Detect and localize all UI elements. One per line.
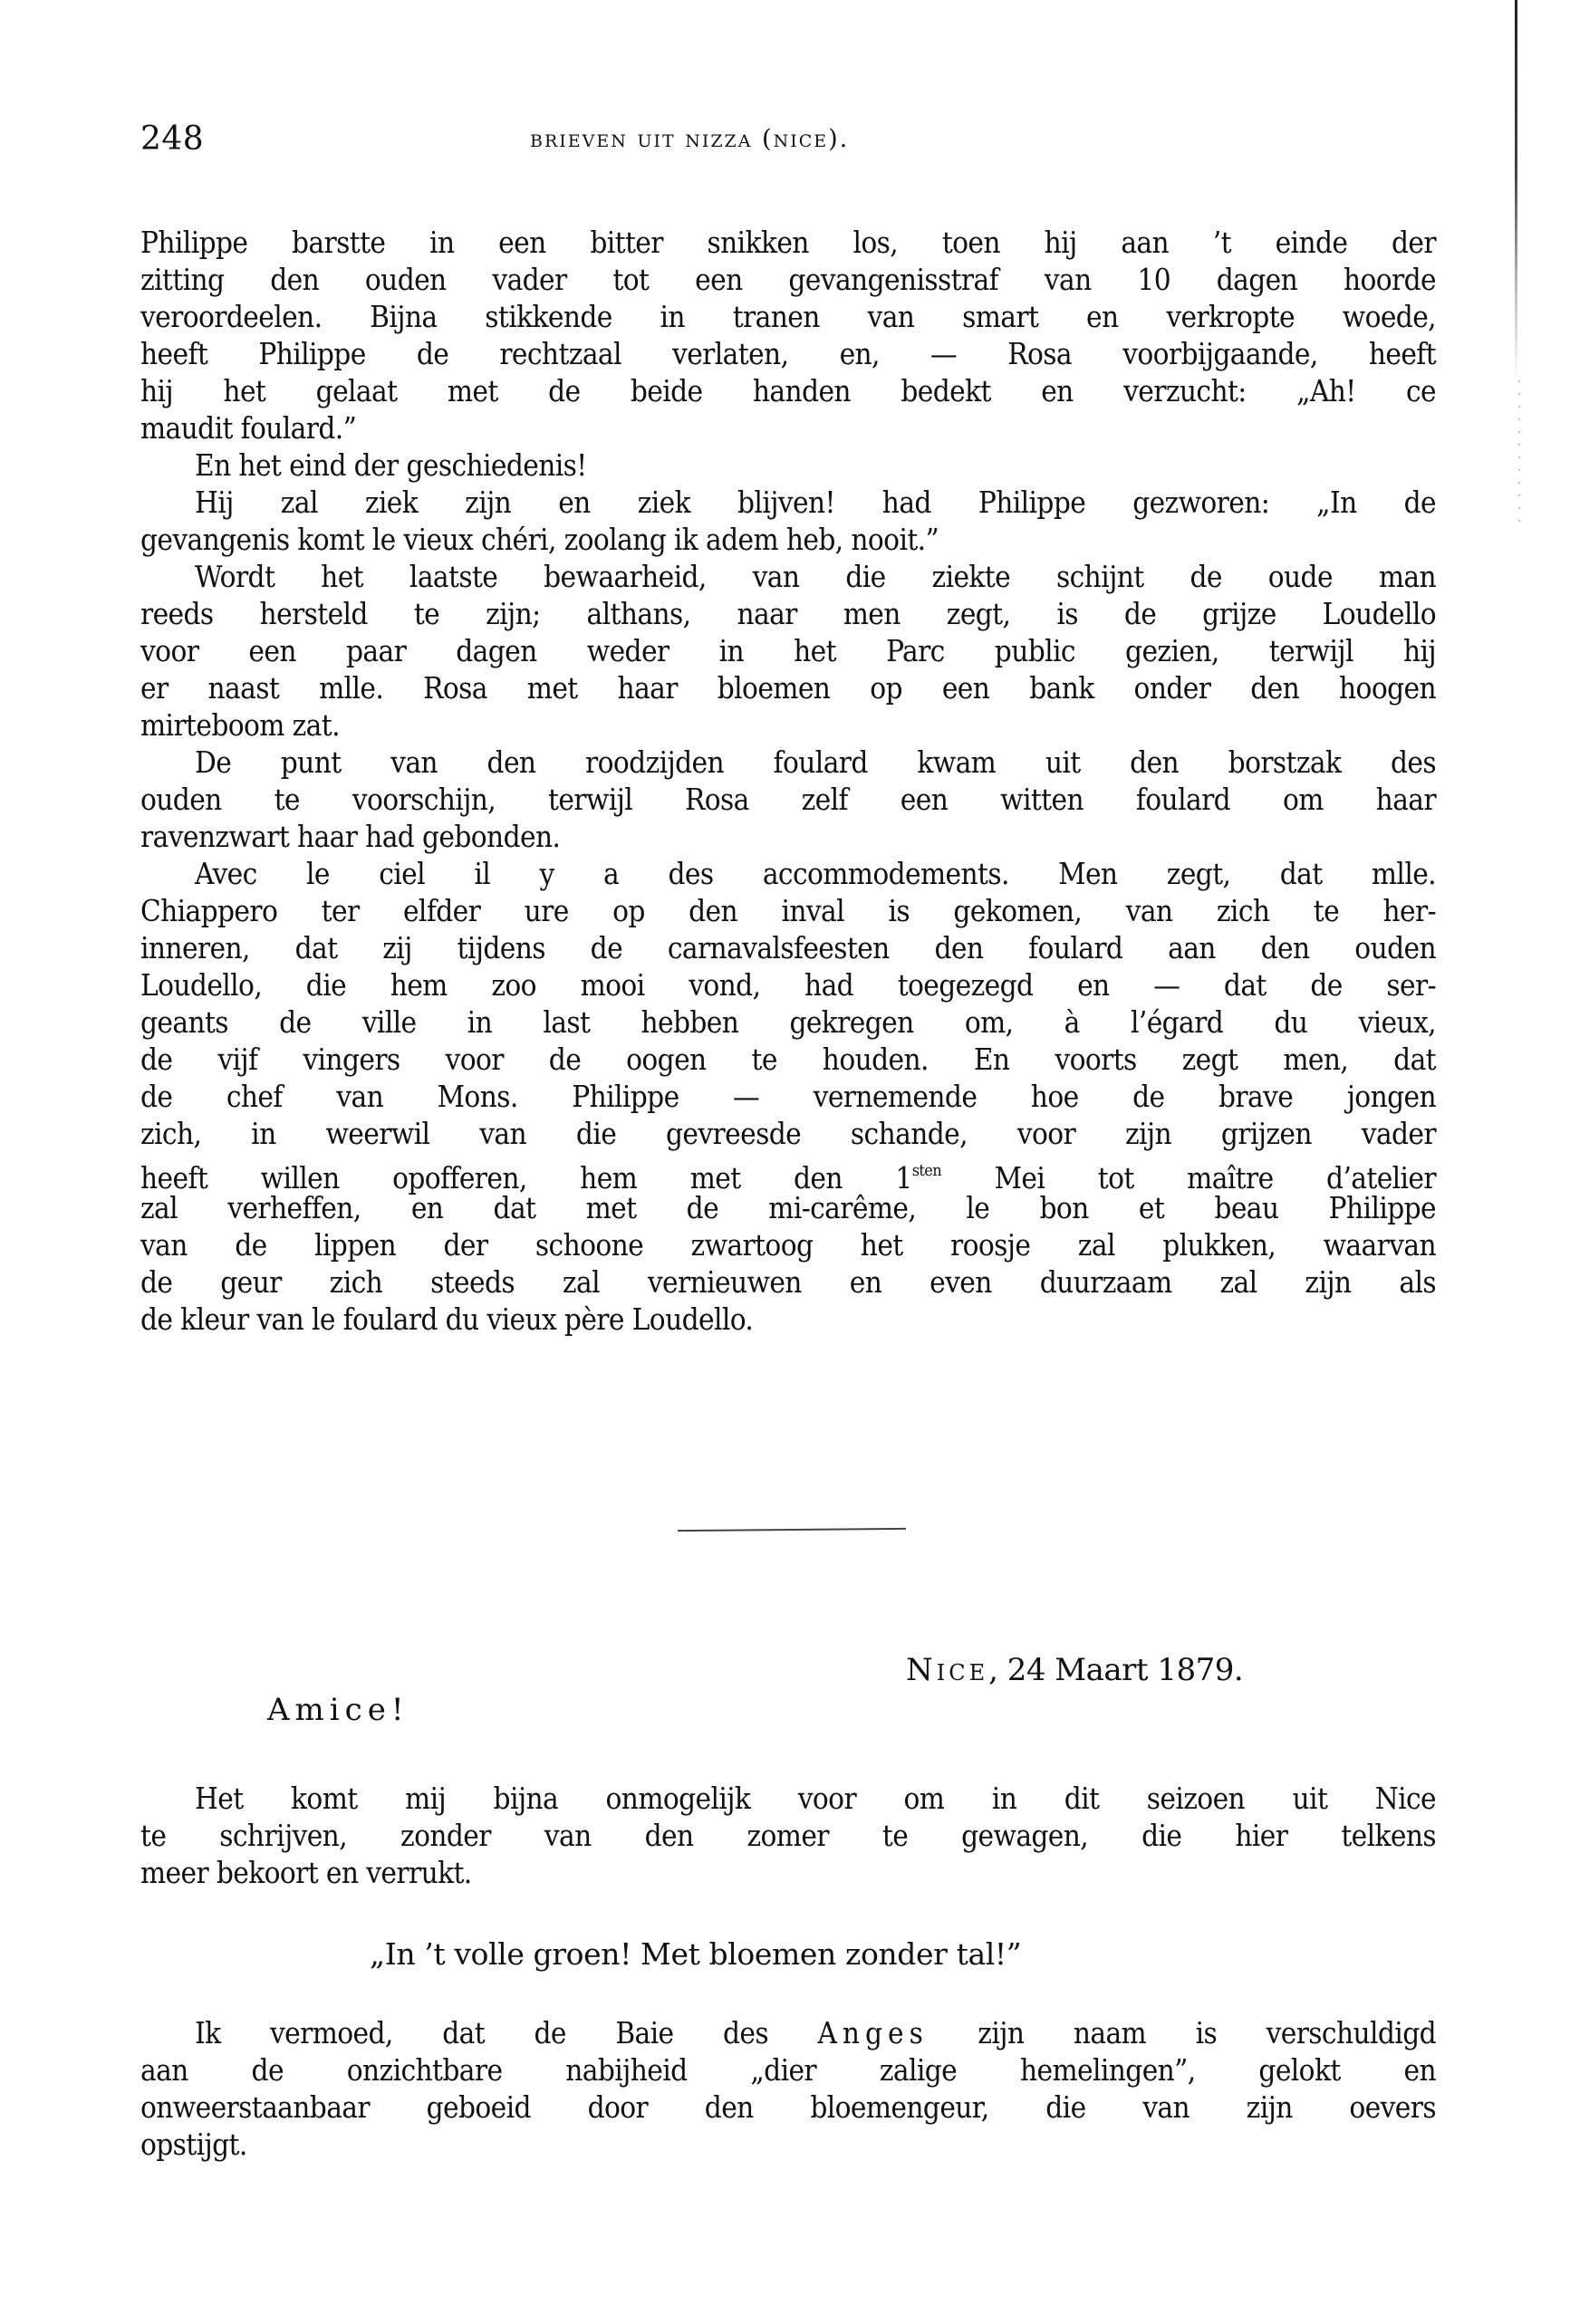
text-line: veroordeelen. Bijna stikkende in tranen … xyxy=(140,298,1436,335)
dateline-place: Nice xyxy=(906,1652,988,1688)
text-line: de chef van Mons. Philippe — vernemende … xyxy=(140,1078,1436,1115)
verse-quotation: „In ’t volle groen! Met bloemen zonder t… xyxy=(370,1935,1021,1973)
text-line: opstijgt. xyxy=(140,2126,247,2163)
text-line: zitting den ouden vader tot een gevangen… xyxy=(140,261,1436,298)
text-line: Ik vermoed, dat de Baie des Anges zijn n… xyxy=(195,2014,1436,2051)
text-line: ouden te voorschijn, terwijl Rosa zelf e… xyxy=(140,781,1436,818)
text-line: geants de ville in last hebben gekregen … xyxy=(140,1004,1436,1041)
scan-border-artifact xyxy=(1515,0,1517,380)
text-line: Hij zal ziek zijn en ziek blijven! had P… xyxy=(195,484,1436,521)
book-page: 248 brieven uit nizza (nice). Philippe b… xyxy=(0,0,1570,2324)
running-header: 248 brieven uit nizza (nice). xyxy=(140,120,1436,159)
text-segment: Ik vermoed, dat de Baie des xyxy=(195,2015,817,2050)
text-line: inneren, dat zij tijdens de carnavalsfee… xyxy=(140,929,1436,966)
text-line: Philippe barstte in een bitter snikken l… xyxy=(140,224,1436,261)
superscript-ordinal: sten xyxy=(912,1161,941,1180)
text-line: Het komt mij bijna onmogelijk voor om in… xyxy=(195,1780,1436,1817)
text-line: En het eind der geschiedenis! xyxy=(195,447,587,484)
section-divider xyxy=(678,1528,906,1532)
text-line: zal verheffen, en dat met de mi-carême, … xyxy=(140,1189,1436,1226)
text-line: meer bekoort en verrukt. xyxy=(140,1854,472,1891)
text-line: Chiappero ter elfder ure op den inval is… xyxy=(140,892,1436,929)
text-line: ravenzwart haar had gebonden. xyxy=(140,818,560,855)
text-line: gevangenis komt le vieux chéri, zoolang … xyxy=(140,521,939,558)
text-line: zich, in weerwil van die gevreesde schan… xyxy=(140,1115,1436,1152)
page-number: 248 xyxy=(140,120,204,159)
dateline-date: , 24 Maart 1879. xyxy=(988,1652,1243,1688)
text-line: te schrijven, zonder van den zomer te ge… xyxy=(140,1817,1436,1854)
letter-dateline: Nice, 24 Maart 1879. xyxy=(906,1650,1243,1690)
text-line: Avec le ciel il y a des accommodements. … xyxy=(195,855,1436,892)
text-line: heeft Philippe de rechtzaal verlaten, en… xyxy=(140,335,1436,372)
text-line: de geur zich steeds zal vernieuwen en ev… xyxy=(140,1263,1436,1301)
text-line: hij het gelaat met de beide handen bedek… xyxy=(140,372,1436,409)
text-line: Loudello, die hem zoo mooi vond, had toe… xyxy=(140,966,1436,1004)
text-line: van de lippen der schoone zwartoog het r… xyxy=(140,1226,1436,1263)
emphasized-term: Anges xyxy=(817,2015,928,2050)
letter-salutation: Amice! xyxy=(267,1690,409,1730)
scan-noise-artifact xyxy=(1518,380,1520,525)
text-line: maudit foulard.” xyxy=(140,409,356,447)
text-segment: zijn naam is verschuldigd xyxy=(929,2015,1436,2050)
text-line: de kleur van le foulard du vieux père Lo… xyxy=(140,1301,753,1338)
running-title: brieven uit nizza (nice). xyxy=(530,120,849,159)
text-line: reeds hersteld te zijn; althans, naar me… xyxy=(140,595,1436,632)
text-line-with-superscript: heeft willen opofferen, hem met den 1ste… xyxy=(140,1152,1436,1189)
text-line: De punt van den roodzijden foulard kwam … xyxy=(195,744,1436,781)
text-line: er naast mlle. Rosa met haar bloemen op … xyxy=(140,669,1436,706)
text-line: de vijf vingers voor de oogen te houden.… xyxy=(140,1041,1436,1078)
text-line: aan de onzichtbare nabijheid „dier zalig… xyxy=(140,2051,1436,2089)
text-line: voor een paar dagen weder in het Parc pu… xyxy=(140,632,1436,669)
text-line: Wordt het laatste bewaarheid, van die zi… xyxy=(195,558,1436,595)
text-line: mirteboom zat. xyxy=(140,706,340,744)
text-line: onweerstaanbaar geboeid door den bloemen… xyxy=(140,2089,1436,2126)
